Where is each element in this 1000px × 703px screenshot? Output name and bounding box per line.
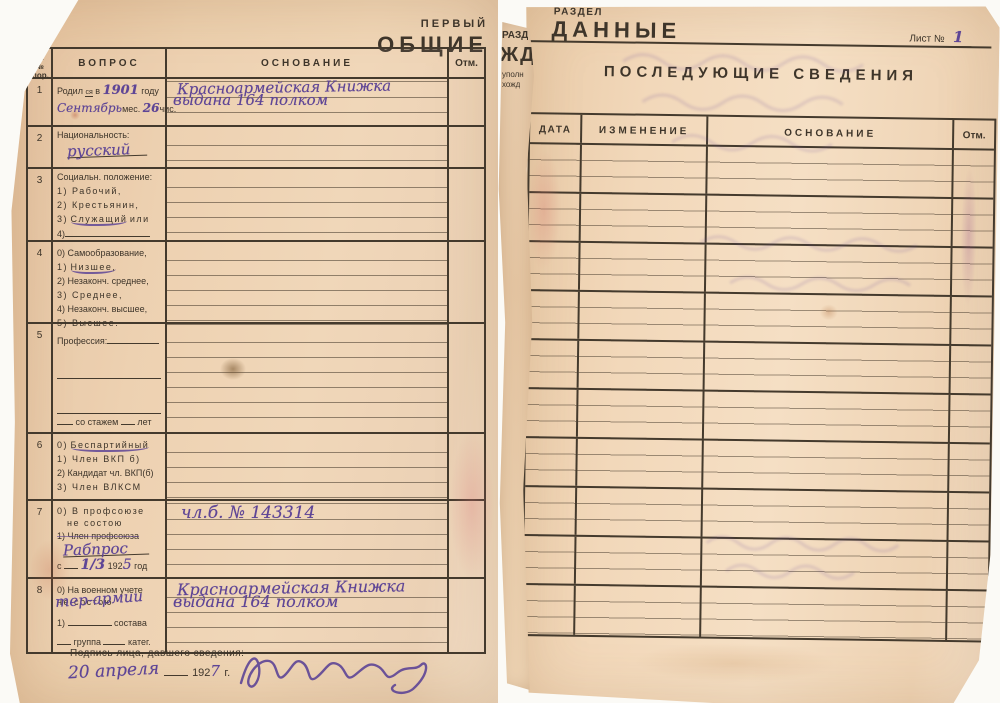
empty-row-group — [525, 438, 990, 493]
union-year-value: 5 — [123, 557, 132, 573]
empty-row-group — [527, 291, 992, 346]
stain — [634, 642, 835, 685]
fold-fragment: РАЗД — [502, 30, 528, 41]
empty-cell — [953, 199, 994, 247]
empty-cell — [577, 488, 704, 537]
right-page: РАЗДЕЛ ДАННЫЕ Лист № 1 ПОСЛЕДУЮЩИЕ СВЕДЕ… — [514, 0, 1000, 703]
empty-cell — [528, 242, 581, 290]
col-num-header: №№ пор. — [28, 49, 53, 82]
empty-cell — [705, 294, 952, 344]
empty-cell — [949, 493, 990, 541]
empty-cell — [707, 196, 954, 246]
nationality-value: русский — [67, 143, 147, 159]
empty-cell — [525, 487, 578, 535]
union-value: Рабпрос — [63, 542, 149, 558]
right-table-body — [523, 144, 994, 640]
empty-cell — [525, 438, 578, 486]
year-value: 1901 — [103, 83, 139, 98]
col-question-header: ВОПРОС — [53, 49, 167, 82]
empty-cell — [952, 248, 993, 296]
empty-cell — [527, 340, 580, 388]
empty-cell — [948, 542, 989, 590]
empty-cell — [523, 585, 576, 635]
membership-number: чл.б. № 143314 — [167, 501, 447, 519]
empty-cell — [578, 390, 705, 439]
empty-cell — [702, 539, 949, 589]
empty-row-group — [529, 193, 994, 248]
left-page: ПЕРВЫЙ ОБЩИЕ №№ пор. ВОПРОС ОСНОВАНИЕ От… — [10, 0, 498, 703]
empty-row-group — [525, 487, 990, 542]
empty-cell — [526, 389, 579, 437]
day-value: 26 — [143, 101, 160, 115]
col-basis-header: ОСНОВАНИЕ — [708, 117, 954, 148]
empty-cell — [951, 346, 992, 394]
fold-fragment: уполн — [502, 70, 524, 79]
empty-row-group — [527, 340, 992, 395]
table-row-7: 7 0) В профсоюзе не состою 1) Член профс… — [28, 501, 484, 579]
empty-cell — [529, 193, 582, 241]
left-header-small: ПЕРВЫЙ — [377, 18, 488, 30]
empty-cell — [950, 395, 991, 443]
military-value: тер-армии — [55, 590, 144, 608]
empty-cell — [575, 586, 702, 637]
left-table: №№ пор. ВОПРОС ОСНОВАНИЕ Отм. 1 Родил ся… — [26, 47, 486, 654]
empty-cell — [701, 588, 948, 640]
table-row-5: 5 Профессия: со стажем лет — [28, 324, 484, 434]
empty-cell — [524, 536, 577, 584]
col-mark-header: Отм. — [954, 120, 994, 149]
empty-cell — [703, 441, 950, 491]
fold-fragment: хожд — [502, 80, 520, 89]
empty-cell — [581, 145, 708, 194]
table-row-1: 1 Родил ся в 1901 году Сентябрьмес. 26чи… — [28, 79, 484, 127]
left-table-header: №№ пор. ВОПРОС ОСНОВАНИЕ Отм. — [28, 49, 484, 79]
empty-cell — [577, 439, 704, 488]
table-row-6: 6 0) Беспартийный 1) Член ВКП б) 2) Канд… — [28, 434, 484, 501]
empty-cell — [580, 243, 707, 292]
footer-date-value: 20 апреля — [68, 659, 160, 684]
empty-row-group — [526, 389, 991, 444]
empty-cell — [576, 537, 703, 586]
sheet-number-value: 1 — [949, 28, 972, 47]
empty-row-group — [524, 536, 989, 591]
sheet-number: Лист № 1 — [909, 27, 971, 47]
union-date-value: 1/3 — [81, 557, 106, 573]
empty-cell — [581, 194, 708, 243]
empty-cell — [953, 150, 994, 198]
month-value: Сентябрь — [57, 101, 122, 115]
empty-cell — [527, 291, 580, 339]
signature — [235, 645, 435, 697]
col-change-header: ИЗМЕНЕНИЕ — [582, 115, 708, 145]
empty-cell — [949, 444, 990, 492]
basis-handwriting: Красноармейская Книжка — [167, 577, 447, 597]
fold-fragment: ЖД — [500, 44, 536, 67]
table-row-4: 4 0) Самообразование, 1) Низшее, 2) Неза… — [28, 242, 484, 324]
empty-cell — [706, 245, 953, 295]
scanned-document: ПЕРВЫЙ ОБЩИЕ №№ пор. ВОПРОС ОСНОВАНИЕ От… — [0, 0, 1000, 703]
empty-cell — [704, 392, 951, 442]
empty-cell — [947, 591, 988, 641]
empty-cell — [579, 292, 706, 341]
empty-cell — [579, 341, 706, 390]
footer-year-value: 7 — [210, 662, 220, 680]
empty-cell — [951, 297, 992, 345]
table-row-2: 2 Национальность: русский — [28, 127, 484, 169]
col-mark-header: Отм. — [449, 49, 484, 82]
right-page-title: ПОСЛЕДУЮЩИЕ СВЕДЕНИЯ — [523, 62, 999, 86]
empty-row-group — [528, 242, 993, 297]
col-date-header: ДАТА — [530, 114, 582, 143]
table-row-8: 8 0) На военном учете не состою тер-арми… — [28, 579, 484, 652]
empty-cell — [529, 144, 582, 192]
empty-cell — [707, 147, 954, 197]
table-row-3: 3 Социальн. положение: 1) Рабочий, 2) Кр… — [28, 169, 484, 242]
right-table: ДАТА ИЗМЕНЕНИЕ ОСНОВАНИЕ Отм. — [521, 112, 996, 642]
empty-cell — [703, 490, 950, 540]
empty-row-group — [523, 585, 988, 640]
empty-cell — [705, 343, 952, 393]
empty-row-group — [529, 144, 994, 199]
